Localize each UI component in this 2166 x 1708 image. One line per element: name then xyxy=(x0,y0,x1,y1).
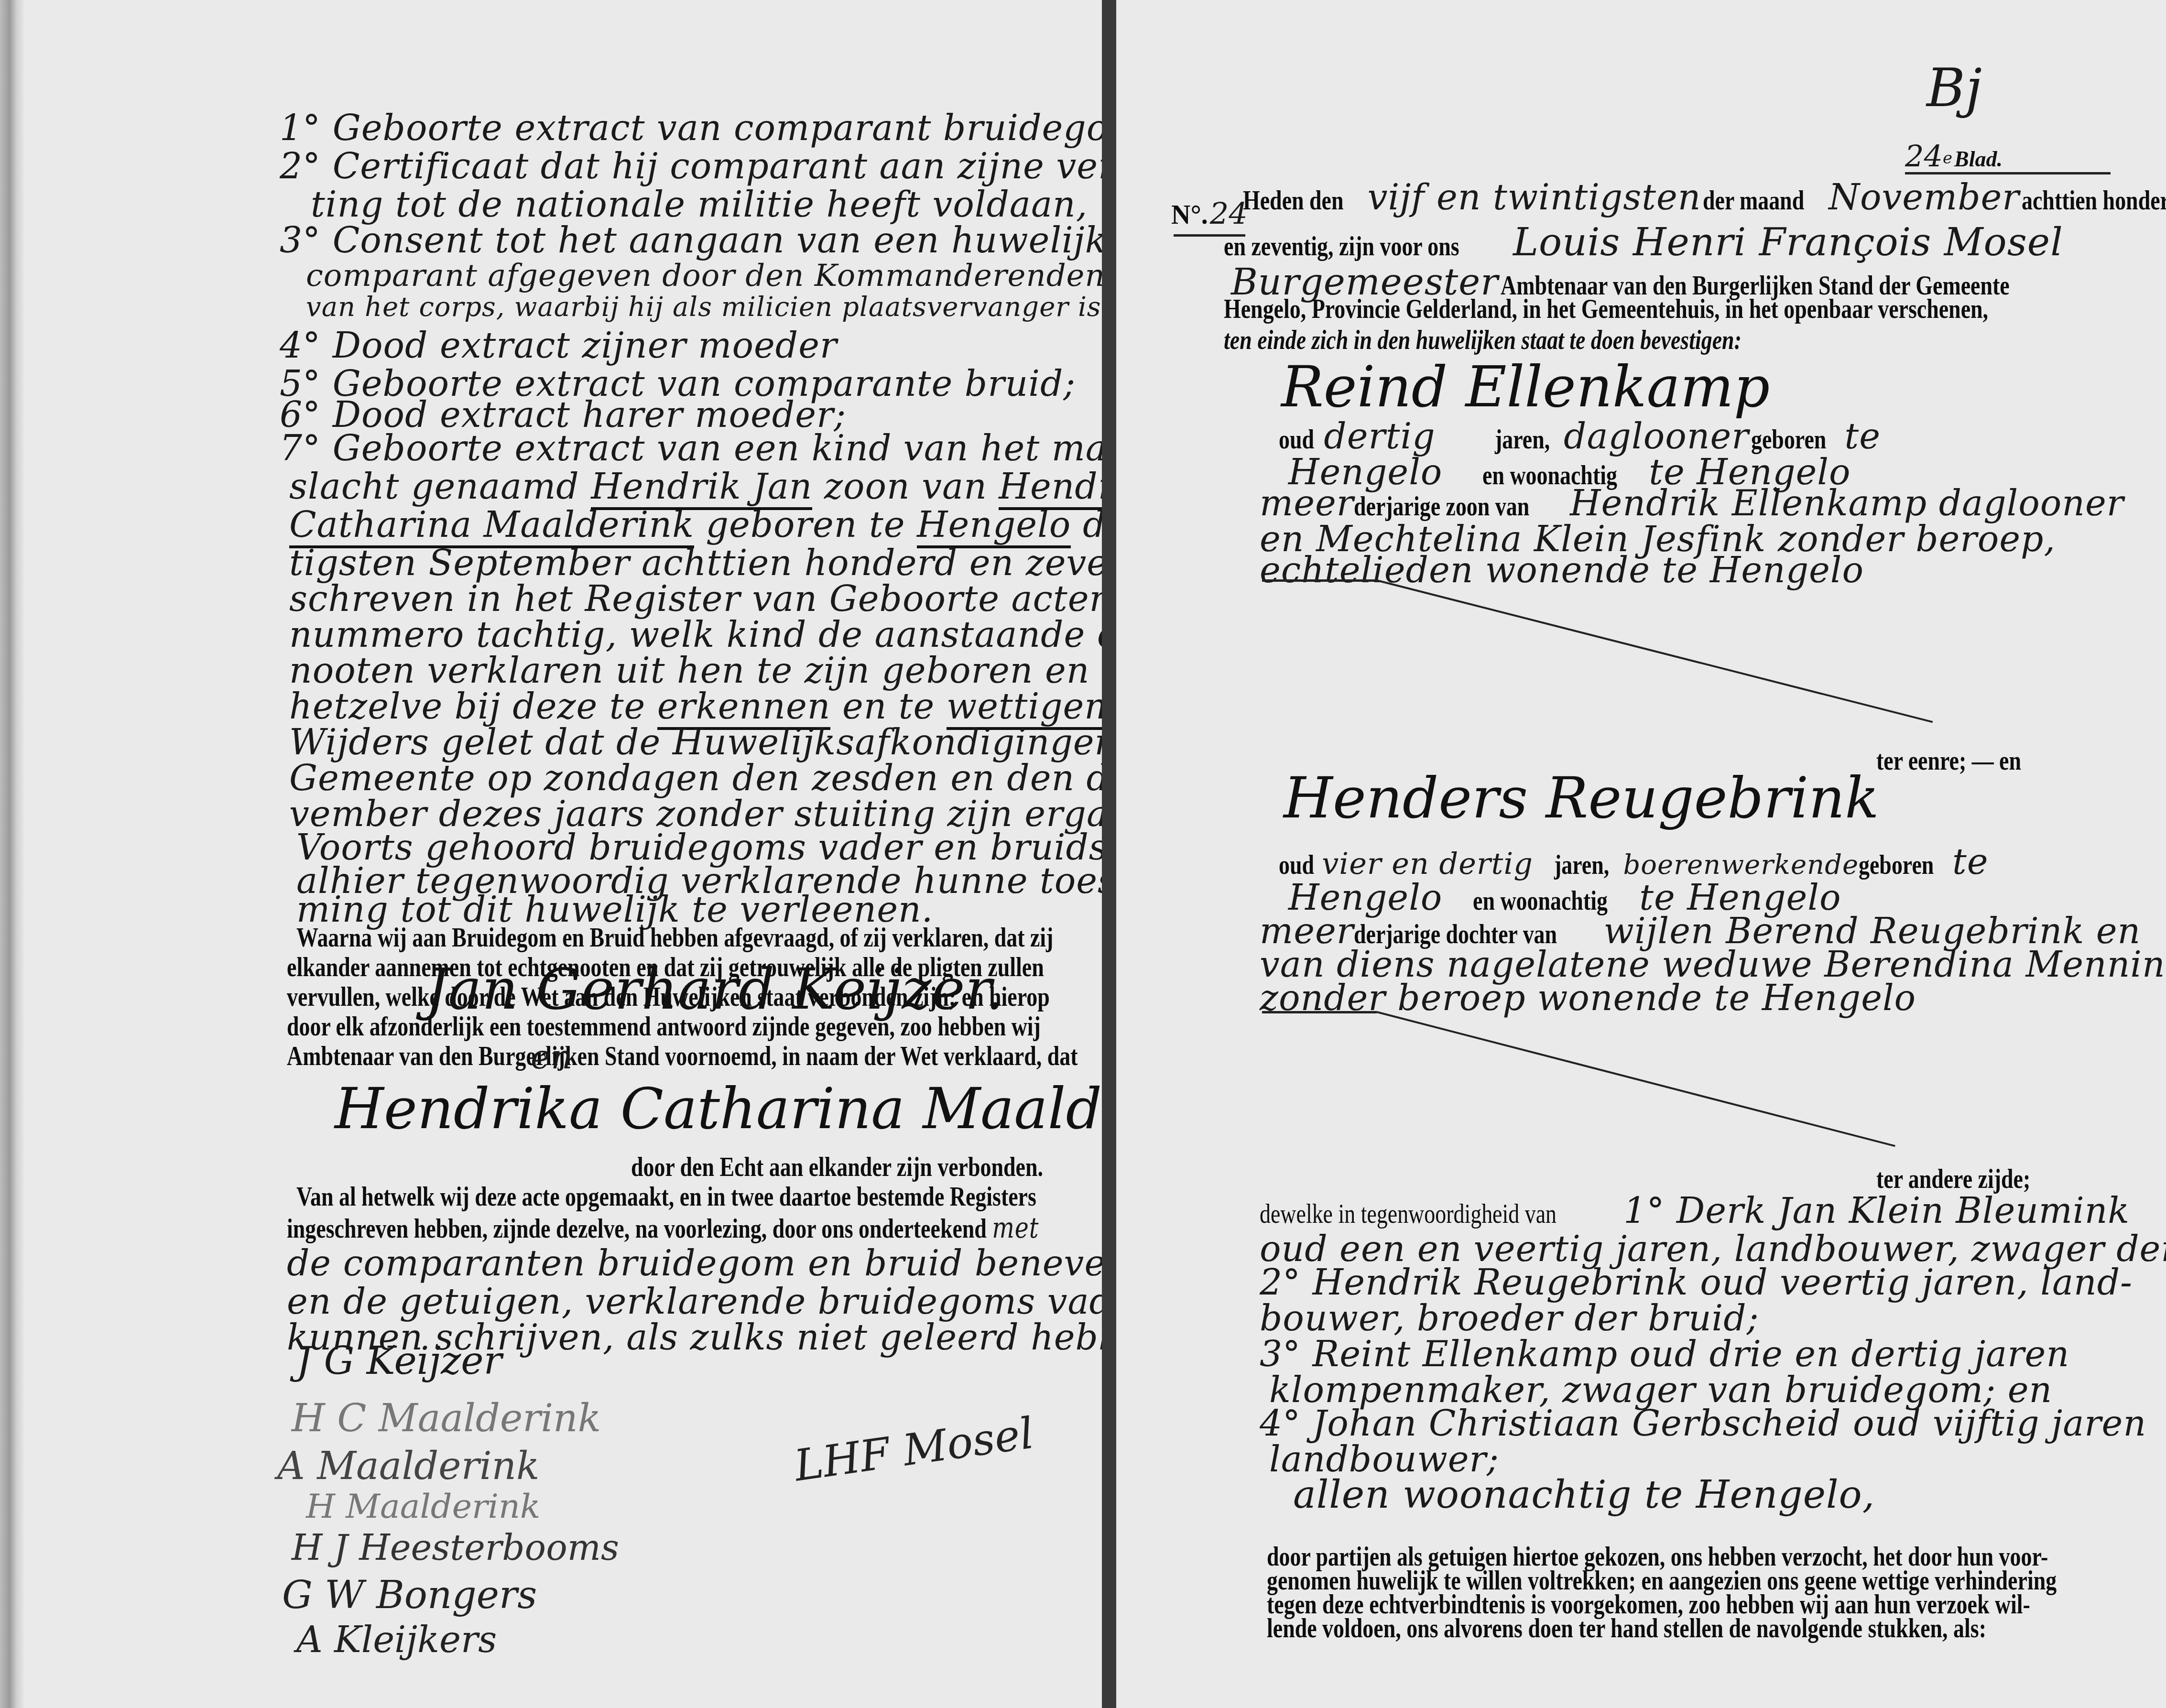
doc-item-4: 4° Dood extract zijner moeder xyxy=(280,325,837,366)
intro-line-2: en zeventig, zijn voor ons Louis Henri F… xyxy=(1224,220,2063,264)
underlined-birthplace: Hengelo xyxy=(917,504,1071,548)
printed-fragment: der maand xyxy=(1703,185,1804,216)
groom-parents-residence: echtelieden wonende te Hengelo xyxy=(1260,550,1864,591)
witnesses-intro-line: dewelke in tegenwoordigheid van 1° Derk … xyxy=(1260,1190,2130,1231)
underlined-child-name: Hendrik Jan xyxy=(591,466,812,510)
bound-statement: door den Echt aan elkander zijn verbonde… xyxy=(631,1152,1043,1183)
folio-value: 24 xyxy=(1905,139,1943,174)
handwritten-fragment: meer xyxy=(1260,483,1354,524)
witness-4-name: 4° Johan Christiaan Gerbscheid oud vijft… xyxy=(1260,1403,2146,1444)
printed-fragment: oud xyxy=(1279,424,1314,455)
intro-line-4: Hengelo, Provincie Gelderland, in het Ge… xyxy=(1224,294,1988,325)
signature-witness-4: A Kleijkers xyxy=(296,1618,497,1661)
groom-father: Hendrik Ellenkamp daglooner xyxy=(1570,483,2124,524)
groom-age: dertig xyxy=(1324,416,1435,457)
declaration-line-5: Ambtenaar van den Burgerlijken Stand voo… xyxy=(287,1041,1078,1072)
text-fragment: en te xyxy=(830,686,947,727)
handwritten-tail: met xyxy=(992,1211,1039,1245)
intro-line-5: ten einde zich in den huwelijken staat t… xyxy=(1224,325,1742,356)
text-fragment: hetzelve bij deze te xyxy=(289,686,657,727)
text-fragment: zoon van xyxy=(812,466,999,507)
married-groom-name: Jan Gerhard Keijzer. xyxy=(425,956,1004,1022)
closing-line-1: Van al hetwelk wij deze acte opgemaakt, … xyxy=(296,1182,1036,1212)
doc-item-1: 1° Geboorte extract van comparant bruide… xyxy=(280,108,1142,149)
doc-item-number: 7° xyxy=(280,428,321,469)
left-page: 1° Geboorte extract van comparant bruide… xyxy=(0,0,1102,1708)
doc-item-3-cont-1: comparant afgegeven door den Kommanderen… xyxy=(306,258,1236,294)
doc-item-text: comparant afgegeven door den Kommanderen… xyxy=(306,258,1236,294)
closing-right-line-4: lende voldoen, ons alvorens doen ter han… xyxy=(1267,1613,1986,1644)
text-fragment: slacht genaamd xyxy=(289,466,591,507)
folio-label: Blad. xyxy=(1954,147,2003,171)
text-fragment: ingeschreven hebben, zijnde dezelve, na … xyxy=(287,1214,987,1244)
married-connector: en xyxy=(531,1037,573,1077)
groom-section-fill-line xyxy=(1377,579,1933,723)
marriage-month: November xyxy=(1829,177,2020,218)
signature-official: LHF Mosel xyxy=(791,1408,1037,1491)
child-para-line-1: slacht genaamd Hendrik Jan zoon van Hend… xyxy=(289,466,1171,507)
doc-item-2: 2° Certificaat dat hij comparant aan zij… xyxy=(280,146,1197,187)
groom-occupation: daglooner xyxy=(1564,416,1749,457)
declaration-line-1: Waarna wij aan Bruidegom en Bruid hebben… xyxy=(296,923,1053,953)
printed-fragment: geboren xyxy=(1751,424,1826,455)
intro-line-1: Heden den vijf en twintigsten der maand … xyxy=(1243,177,2166,218)
handwritten-fragment: te xyxy=(1952,841,1989,882)
child-para-line-5: nummero tachtig, welk kind de aanstaande… xyxy=(289,614,1234,655)
bride-age: vier en dertig xyxy=(1322,846,1533,881)
child-para-line-4: schreven in het Register van Geboorte ac… xyxy=(289,578,1231,620)
doc-item-number: 3° xyxy=(280,220,321,261)
groom-age-line: oud dertig jaren, daglooner geboren te xyxy=(1279,416,1881,457)
signature-groom: J G Keijzer xyxy=(296,1338,502,1383)
witness-1-name: 1° Derk Jan Klein Bleumink xyxy=(1623,1190,2130,1231)
witness-2-name: 2° Hendrik Reugebrink oud veertig jaren,… xyxy=(1260,1262,2133,1303)
top-mark: Bj xyxy=(1927,57,1982,119)
printed-fragment: achttien honderd xyxy=(2022,185,2166,216)
binding-edge xyxy=(0,0,24,1708)
official-name: Louis Henri François Mosel xyxy=(1513,220,2063,264)
act-number-label: N°. xyxy=(1171,200,1208,230)
printed-fragment: dewelke in tegenwoordigheid van xyxy=(1260,1199,1556,1229)
bride-name: Henders Reugebrink xyxy=(1284,765,1879,831)
signature-bride: H C Maalderink xyxy=(292,1396,601,1440)
doc-item-number: 4° xyxy=(280,325,321,366)
folio-number: 24e Blad. xyxy=(1905,139,2003,174)
signature-witness-2: H J Heesterbooms xyxy=(292,1527,619,1568)
printed-fragment: jaren, xyxy=(1554,850,1609,881)
folio-rule xyxy=(1905,172,2111,174)
underlined-mother-surname: Catharina Maalderink xyxy=(289,504,694,548)
doc-item-2-cont: ting tot de nationale militie heeft vold… xyxy=(311,184,1088,225)
doc-item-text: ting tot de nationale militie heeft vold… xyxy=(311,184,1088,225)
doc-item-number: 1° xyxy=(280,108,321,149)
doc-item-text: Certificaat dat hij comparant aan zijne … xyxy=(333,146,1198,187)
marriage-day: vijf en twintigsten xyxy=(1368,177,1701,218)
right-page: Bj 24e Blad. N°. 24 Heden den vijf en tw… xyxy=(1116,0,2166,1708)
bride-section-rule xyxy=(1262,1011,1377,1013)
doc-item-text: Dood extract zijner moeder xyxy=(333,325,838,366)
signature-witness-1: H Maalderink xyxy=(306,1487,540,1526)
groom-section-rule xyxy=(1262,579,1377,582)
printed-fragment: geboren xyxy=(1859,850,1934,881)
witness-3-name: 3° Reint Ellenkamp oud drie en dertig ja… xyxy=(1260,1334,2069,1375)
printed-fragment: jaren, xyxy=(1495,424,1550,455)
folio-suffix: e xyxy=(1943,149,1952,168)
groom-name: Reind Ellenkamp xyxy=(1281,354,1770,420)
closing-line-2: ingeschreven hebben, zijnde dezelve, na … xyxy=(287,1211,1039,1245)
printed-fragment: derjarige zoon van xyxy=(1354,491,1529,522)
bride-occupation: boerenwerkende xyxy=(1623,849,1859,881)
signature-witness-3: G W Bongers xyxy=(282,1573,537,1617)
signature-bride-father: A Maalderink xyxy=(277,1444,539,1488)
printed-fragment: oud xyxy=(1279,850,1314,881)
ter-eenre: ter eenre; — en xyxy=(1876,746,2021,776)
doc-item-text: Geboorte extract van comparant bruidegom xyxy=(333,108,1143,149)
bride-age-line: oudvier en dertig jaren, boerenwerkendeg… xyxy=(1279,841,1989,882)
doc-item-3-cont-2: van het corps, waarbij hij als milicien … xyxy=(306,292,1239,323)
witnesses-residence: allen woonachtig te Hengelo, xyxy=(1293,1472,1875,1517)
printed-fragment: en zeventig, zijn voor ons xyxy=(1224,231,1459,262)
bride-section-fill-line xyxy=(1376,1011,1895,1147)
book-gutter xyxy=(1102,0,1117,1708)
witness-2-details: bouwer, broeder der bruid; xyxy=(1260,1298,1759,1339)
doc-item-text: van het corps, waarbij hij als milicien … xyxy=(306,292,1239,323)
doc-item-number: 2° xyxy=(280,146,321,187)
printed-fragment: Heden den xyxy=(1243,185,1343,216)
text-fragment: geboren te xyxy=(694,504,917,545)
handwritten-fragment: te xyxy=(1844,416,1881,457)
groom-parents-line: meerderjarige zoon van Hendrik Ellenkamp… xyxy=(1260,483,2124,524)
